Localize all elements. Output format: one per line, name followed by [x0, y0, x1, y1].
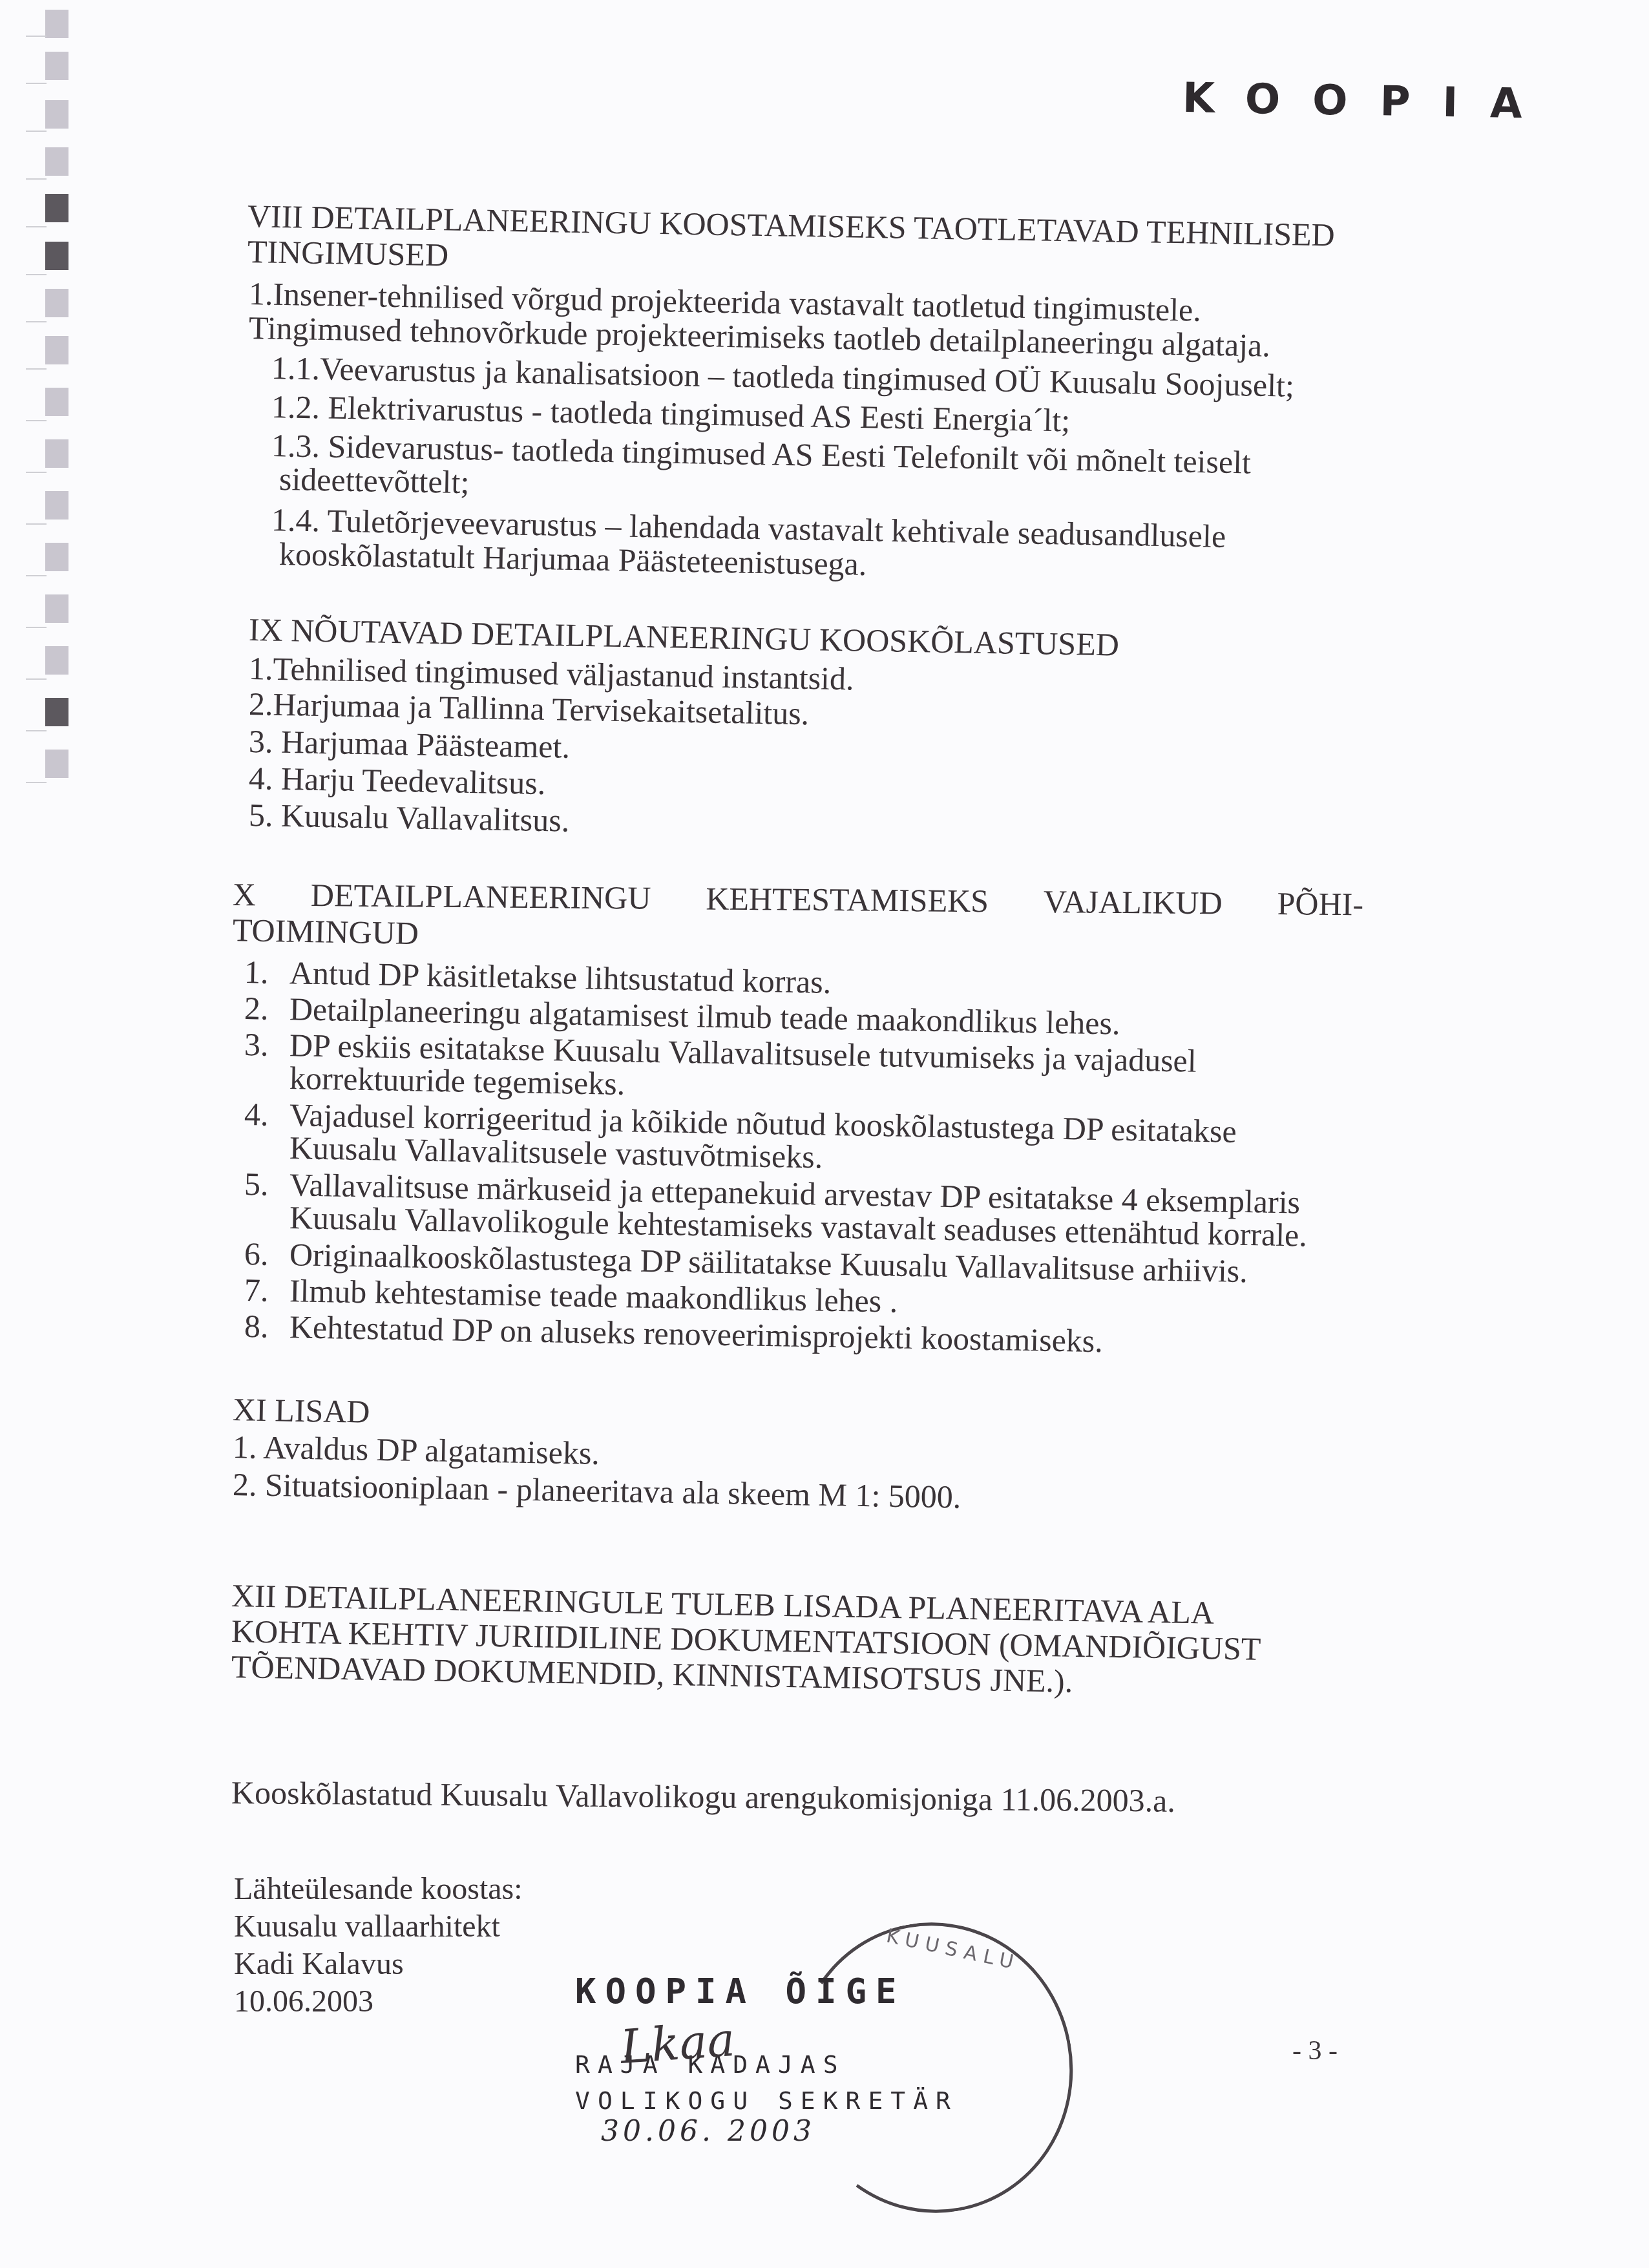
- author-date: 10.06.2003: [234, 1983, 523, 2021]
- list-text: Kehtestatud DP on aluseks renoveerimispr…: [289, 1308, 1104, 1359]
- list-item: 8.Kehtestatud DP on aluseks renoveerimis…: [244, 1307, 1103, 1360]
- copy-stamp-line: KOOPIA ÕIGE: [575, 1971, 958, 2011]
- list-number: 6.: [244, 1235, 289, 1273]
- list-number: 4.: [244, 1095, 289, 1133]
- section-viii-title-cont: TINGIMUSED: [247, 233, 448, 273]
- copy-stamp-title: VOLIKOGU SEKRETÄR: [575, 2086, 958, 2115]
- page-number: - 3 -: [1292, 2035, 1338, 2066]
- list-item: 3. Harjumaa Päästeamet.: [248, 722, 570, 766]
- list-item: 2. Situatsiooniplaan - planeeritava ala …: [232, 1465, 961, 1516]
- binder-holes: [23, 0, 75, 2268]
- list-number: 7.: [244, 1271, 289, 1309]
- list-number: 8.: [244, 1307, 289, 1345]
- author-block: Lähteülesande koostas: Kuusalu vallaarhi…: [234, 1871, 523, 2021]
- list-number: 2.: [244, 989, 289, 1027]
- handwritten-signature: Lkaa: [618, 2012, 737, 2074]
- list-number: 3.: [244, 1025, 289, 1064]
- list-number: 5.: [244, 1165, 289, 1203]
- list-item-cont: sideettevõttelt;: [278, 460, 469, 501]
- approval-note: Kooskõlastatud Kuusalu Vallavolikogu are…: [231, 1774, 1175, 1820]
- section-x-title-cont: TOIMINGUD: [232, 911, 419, 952]
- list-item: 5. Kuusalu Vallavalitsus.: [248, 796, 569, 839]
- list-number: 1.: [244, 953, 289, 991]
- list-text: korrektuuride tegemiseks.: [289, 1060, 625, 1102]
- list-item: 4. Harju Teedevalitsus.: [248, 759, 545, 802]
- copy-stamp-header: KOOPIA: [1182, 74, 1555, 129]
- author-name: Kadi Kalavus: [234, 1946, 523, 1983]
- section-xi-title: XI LISAD: [232, 1391, 370, 1431]
- copy-stamp-date: 30.06. 2003: [601, 2115, 958, 2148]
- list-item: 1. Avaldus DP algatamiseks.: [232, 1428, 600, 1472]
- author-label: Lähteülesande koostas:: [234, 1871, 523, 1908]
- list-item-cont: korrektuuride tegemiseks.: [289, 1059, 625, 1102]
- author-role: Kuusalu vallaarhitekt: [234, 1908, 523, 1946]
